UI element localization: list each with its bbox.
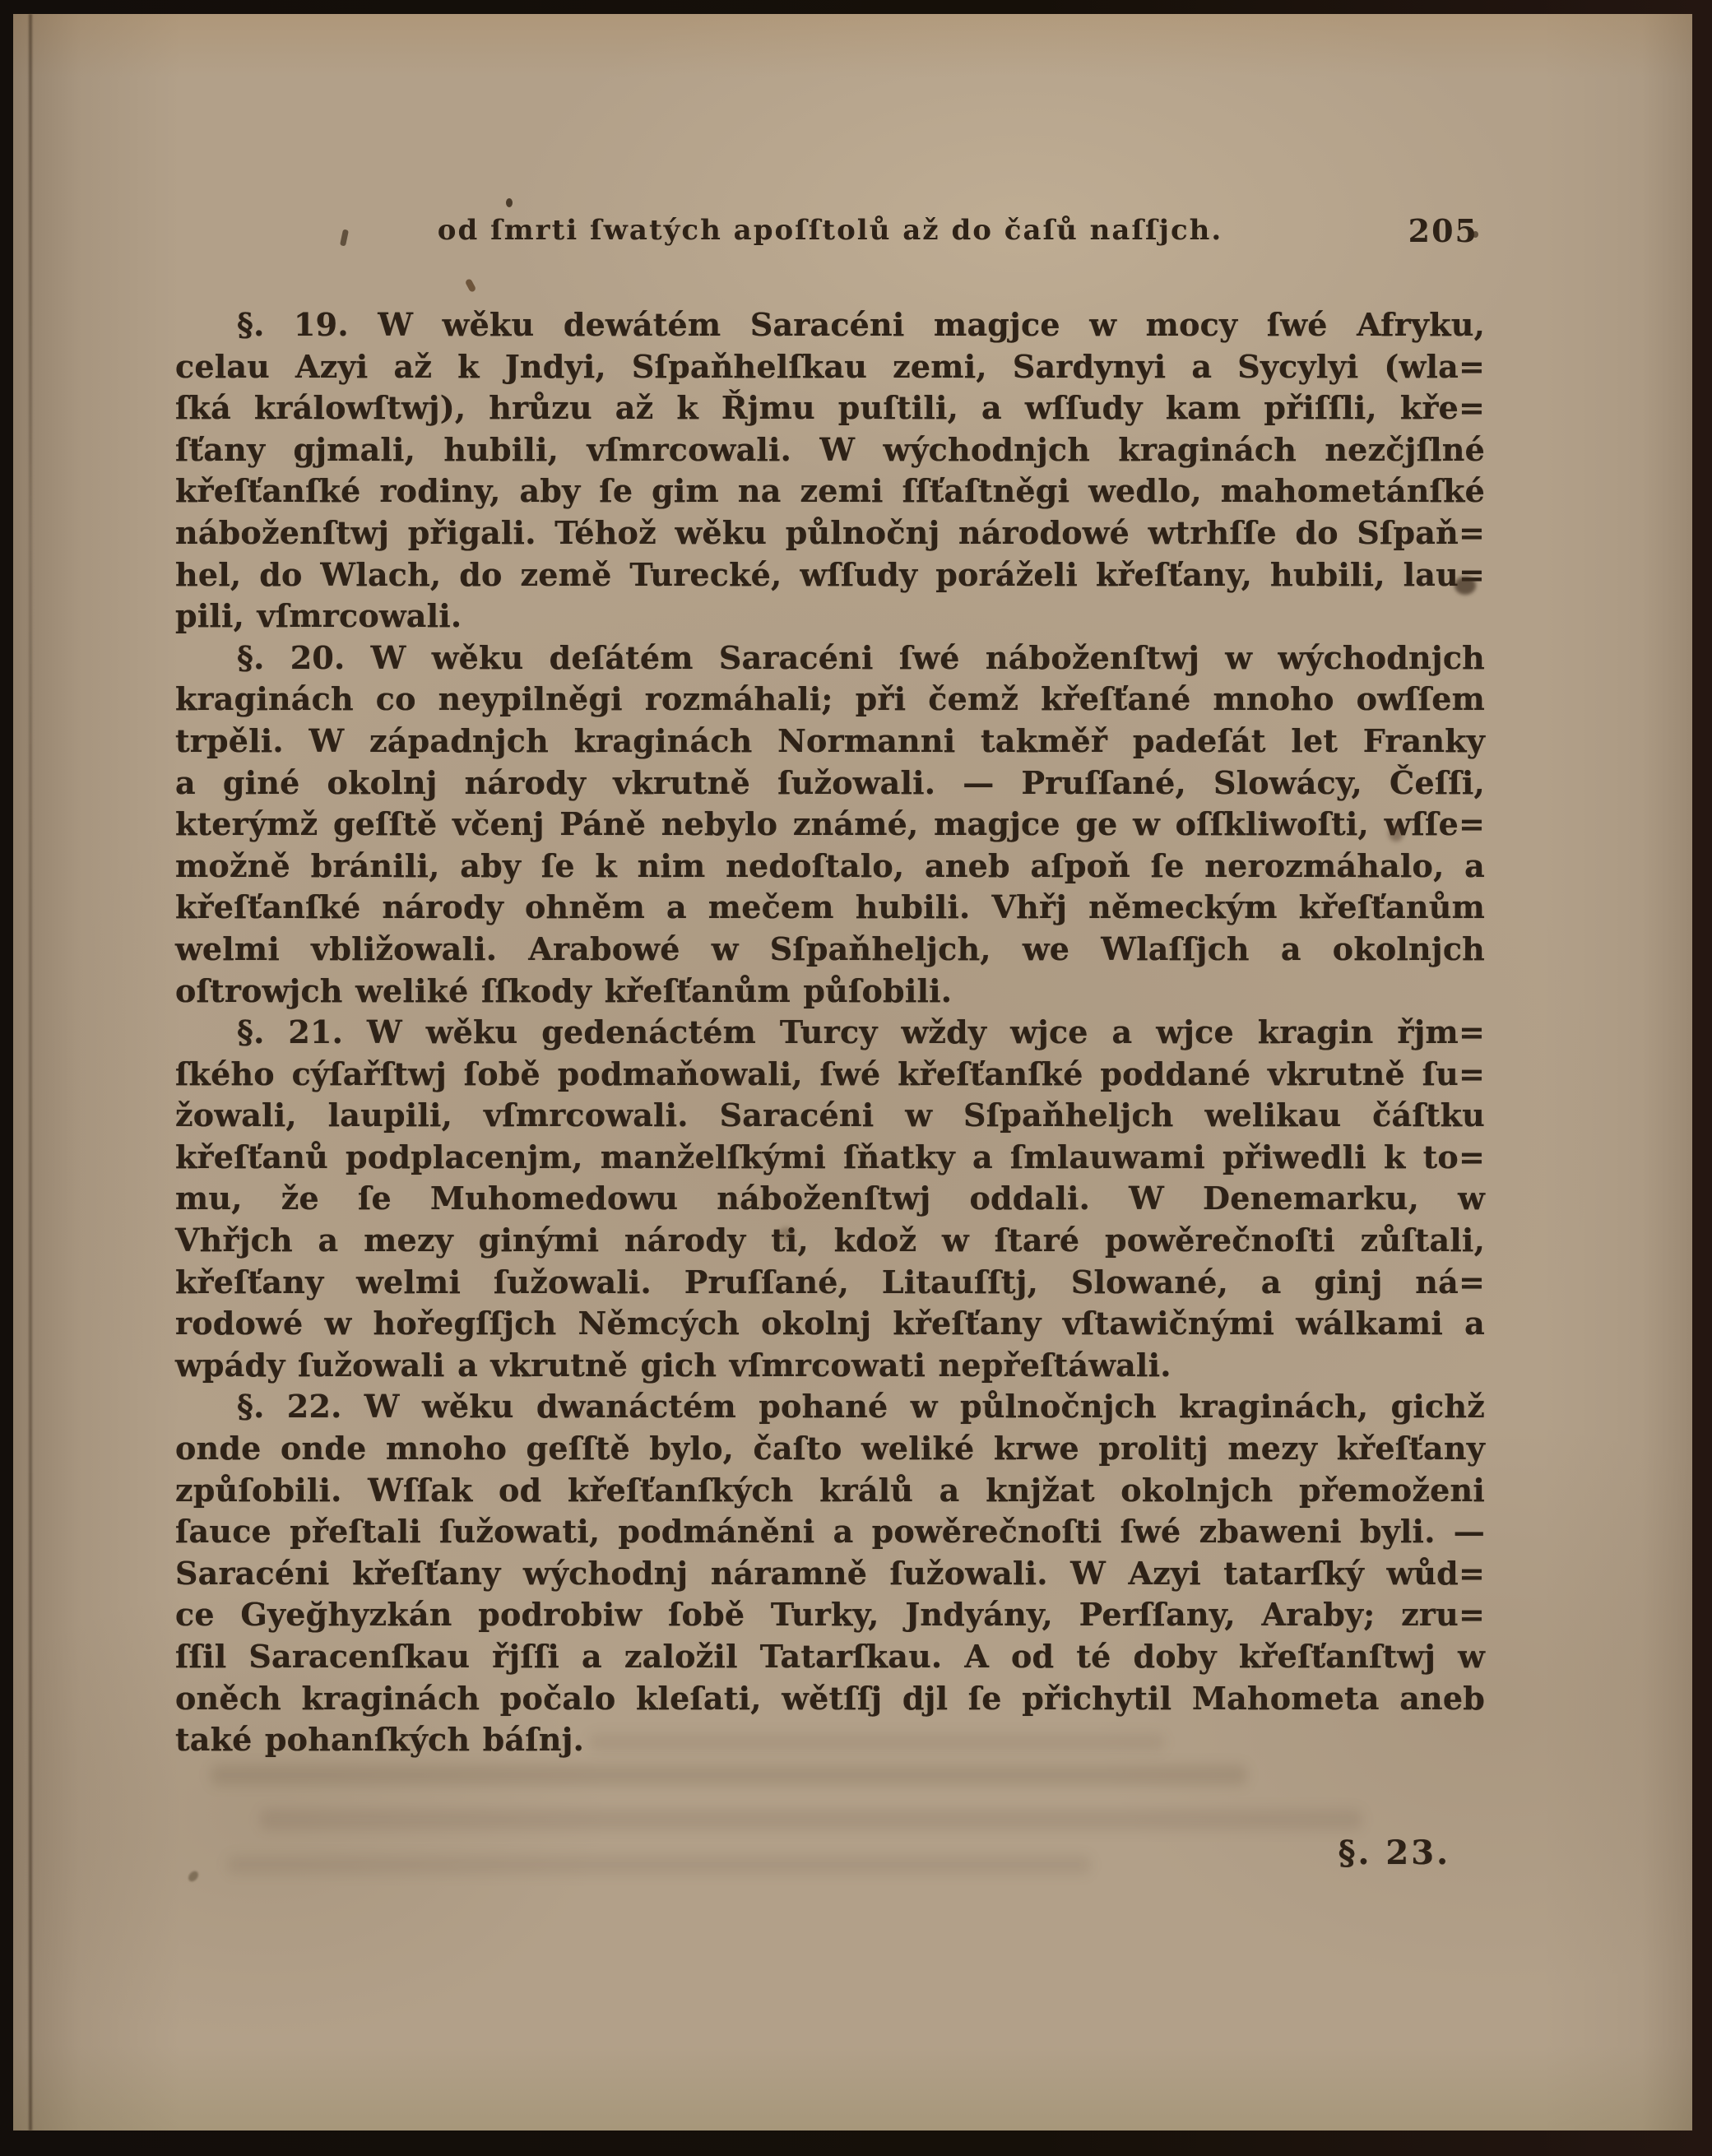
- ink-speck: [506, 198, 513, 207]
- ink-blotch: [778, 1227, 795, 1240]
- show-through-band: [211, 1764, 1247, 1786]
- text-line: kraginách co neypilněgi rozmáhali; při č…: [175, 679, 1485, 721]
- text-line: onde onde mnoho geſſtě bylo, čaſto welik…: [175, 1428, 1485, 1470]
- text-line: křeſťanů podplacenjm, manželſkými ſňatky…: [175, 1137, 1485, 1179]
- text-line: ſſil Saracenſkau řjſſi a založil Tatarſk…: [175, 1636, 1485, 1678]
- text-line: hel, do Wlach, do země Turecké, wſſudy p…: [175, 554, 1485, 596]
- text-line: a giné okolnj národy vkrutně ſužowali. —…: [175, 763, 1485, 804]
- text-line: §. 20. W wěku deſátém Saracéni ſwé nábož…: [175, 638, 1485, 679]
- text-line: možně bránili, aby ſe k nim nedoſtalo, a…: [175, 846, 1485, 888]
- show-through-band: [589, 1733, 1165, 1751]
- running-title: od ſmrti ſwatých apoſſtolů až do čaſů na…: [438, 214, 1223, 247]
- book-photo: od ſmrti ſwatých apoſſtolů až do čaſů na…: [0, 0, 1712, 2156]
- ink-speck: [465, 278, 477, 293]
- binding-crease: [29, 14, 32, 2130]
- text-line: pili, vſmrcowali.: [175, 596, 1485, 638]
- text-line: ſkého cýſařſtwj ſobě podmaňowali, ſwé kř…: [175, 1054, 1485, 1096]
- text-line: způſobili. Wſſak od křeſťanſkých králů a…: [175, 1470, 1485, 1512]
- text-line: náboženſtwj přigali. Téhož wěku půlnočnj…: [175, 512, 1485, 554]
- text-line: celau Azyi až k Jndyi, Sſpaňhelſkau zemi…: [175, 346, 1485, 388]
- text-line: kterýmž geſſtě včenj Páně nebylo známé, …: [175, 804, 1485, 846]
- text-line: ce Gyeğhyzkán podrobiw ſobě Turky, Jndyá…: [175, 1594, 1485, 1636]
- body-text: §. 19. W wěku dewátém Saracéni magjce w …: [175, 304, 1485, 1761]
- page-number: 205: [1408, 212, 1478, 249]
- ink-blotch: [1389, 825, 1403, 842]
- text-line: oněch kraginách počalo kleſati, wětſſj d…: [175, 1678, 1485, 1720]
- text-line: oſtrowjch weliké ſſkody křeſťanům půſobi…: [175, 971, 1485, 1013]
- ink-speck: [1473, 231, 1478, 238]
- text-line: §. 22. W wěku dwanáctém pohané w půlnočn…: [175, 1386, 1485, 1428]
- text-line: wpády ſužowali a vkrutně gich vſmrcowati…: [175, 1345, 1485, 1387]
- text-line: rodowé w hořegſſjch Němcých okolnj křeſť…: [175, 1303, 1485, 1345]
- text-line: žowali, laupili, vſmrcowali. Saracéni w …: [175, 1095, 1485, 1137]
- text-line: trpěli. W západnjch kraginách Normanni t…: [175, 721, 1485, 763]
- text-line: §. 21. W wěku gedenáctém Turcy wždy wjce…: [175, 1012, 1485, 1054]
- text-line: §. 19. W wěku dewátém Saracéni magjce w …: [175, 304, 1485, 346]
- text-line: ſauce přeſtali ſužowati, podmáněni a pow…: [175, 1511, 1485, 1553]
- book-page: od ſmrti ſwatých apoſſtolů až do čaſů na…: [13, 14, 1692, 2130]
- text-line: ſká králowſtwj), hrůzu až k Řjmu puſtili…: [175, 387, 1485, 429]
- ink-blotch: [1455, 577, 1476, 595]
- text-line: Vhřjch a mezy ginými národy ti, kdož w ſ…: [175, 1220, 1485, 1262]
- text-line: mu, že ſe Muhomedowu náboženſtwj oddali.…: [175, 1178, 1485, 1220]
- text-line: Saracéni křeſťany wýchodnj náramně ſužow…: [175, 1553, 1485, 1595]
- text-line: křeſťany welmi ſužowali. Pruſſané, Litau…: [175, 1262, 1485, 1304]
- text-line: ſťany gjmali, hubili, vſmrcowali. W wých…: [175, 429, 1485, 471]
- show-through-band: [260, 1809, 1362, 1830]
- show-through-band: [227, 1855, 1091, 1875]
- page-header: od ſmrti ſwatých apoſſtolů až do čaſů na…: [175, 214, 1485, 258]
- text-line: křeſťanſké národy ohněm a mečem hubili. …: [175, 887, 1485, 929]
- text-line: křeſťanſké rodiny, aby ſe gim na zemi ſſ…: [175, 471, 1485, 512]
- text-line: welmi vbližowali. Arabowé w Sſpaňheljch,…: [175, 929, 1485, 971]
